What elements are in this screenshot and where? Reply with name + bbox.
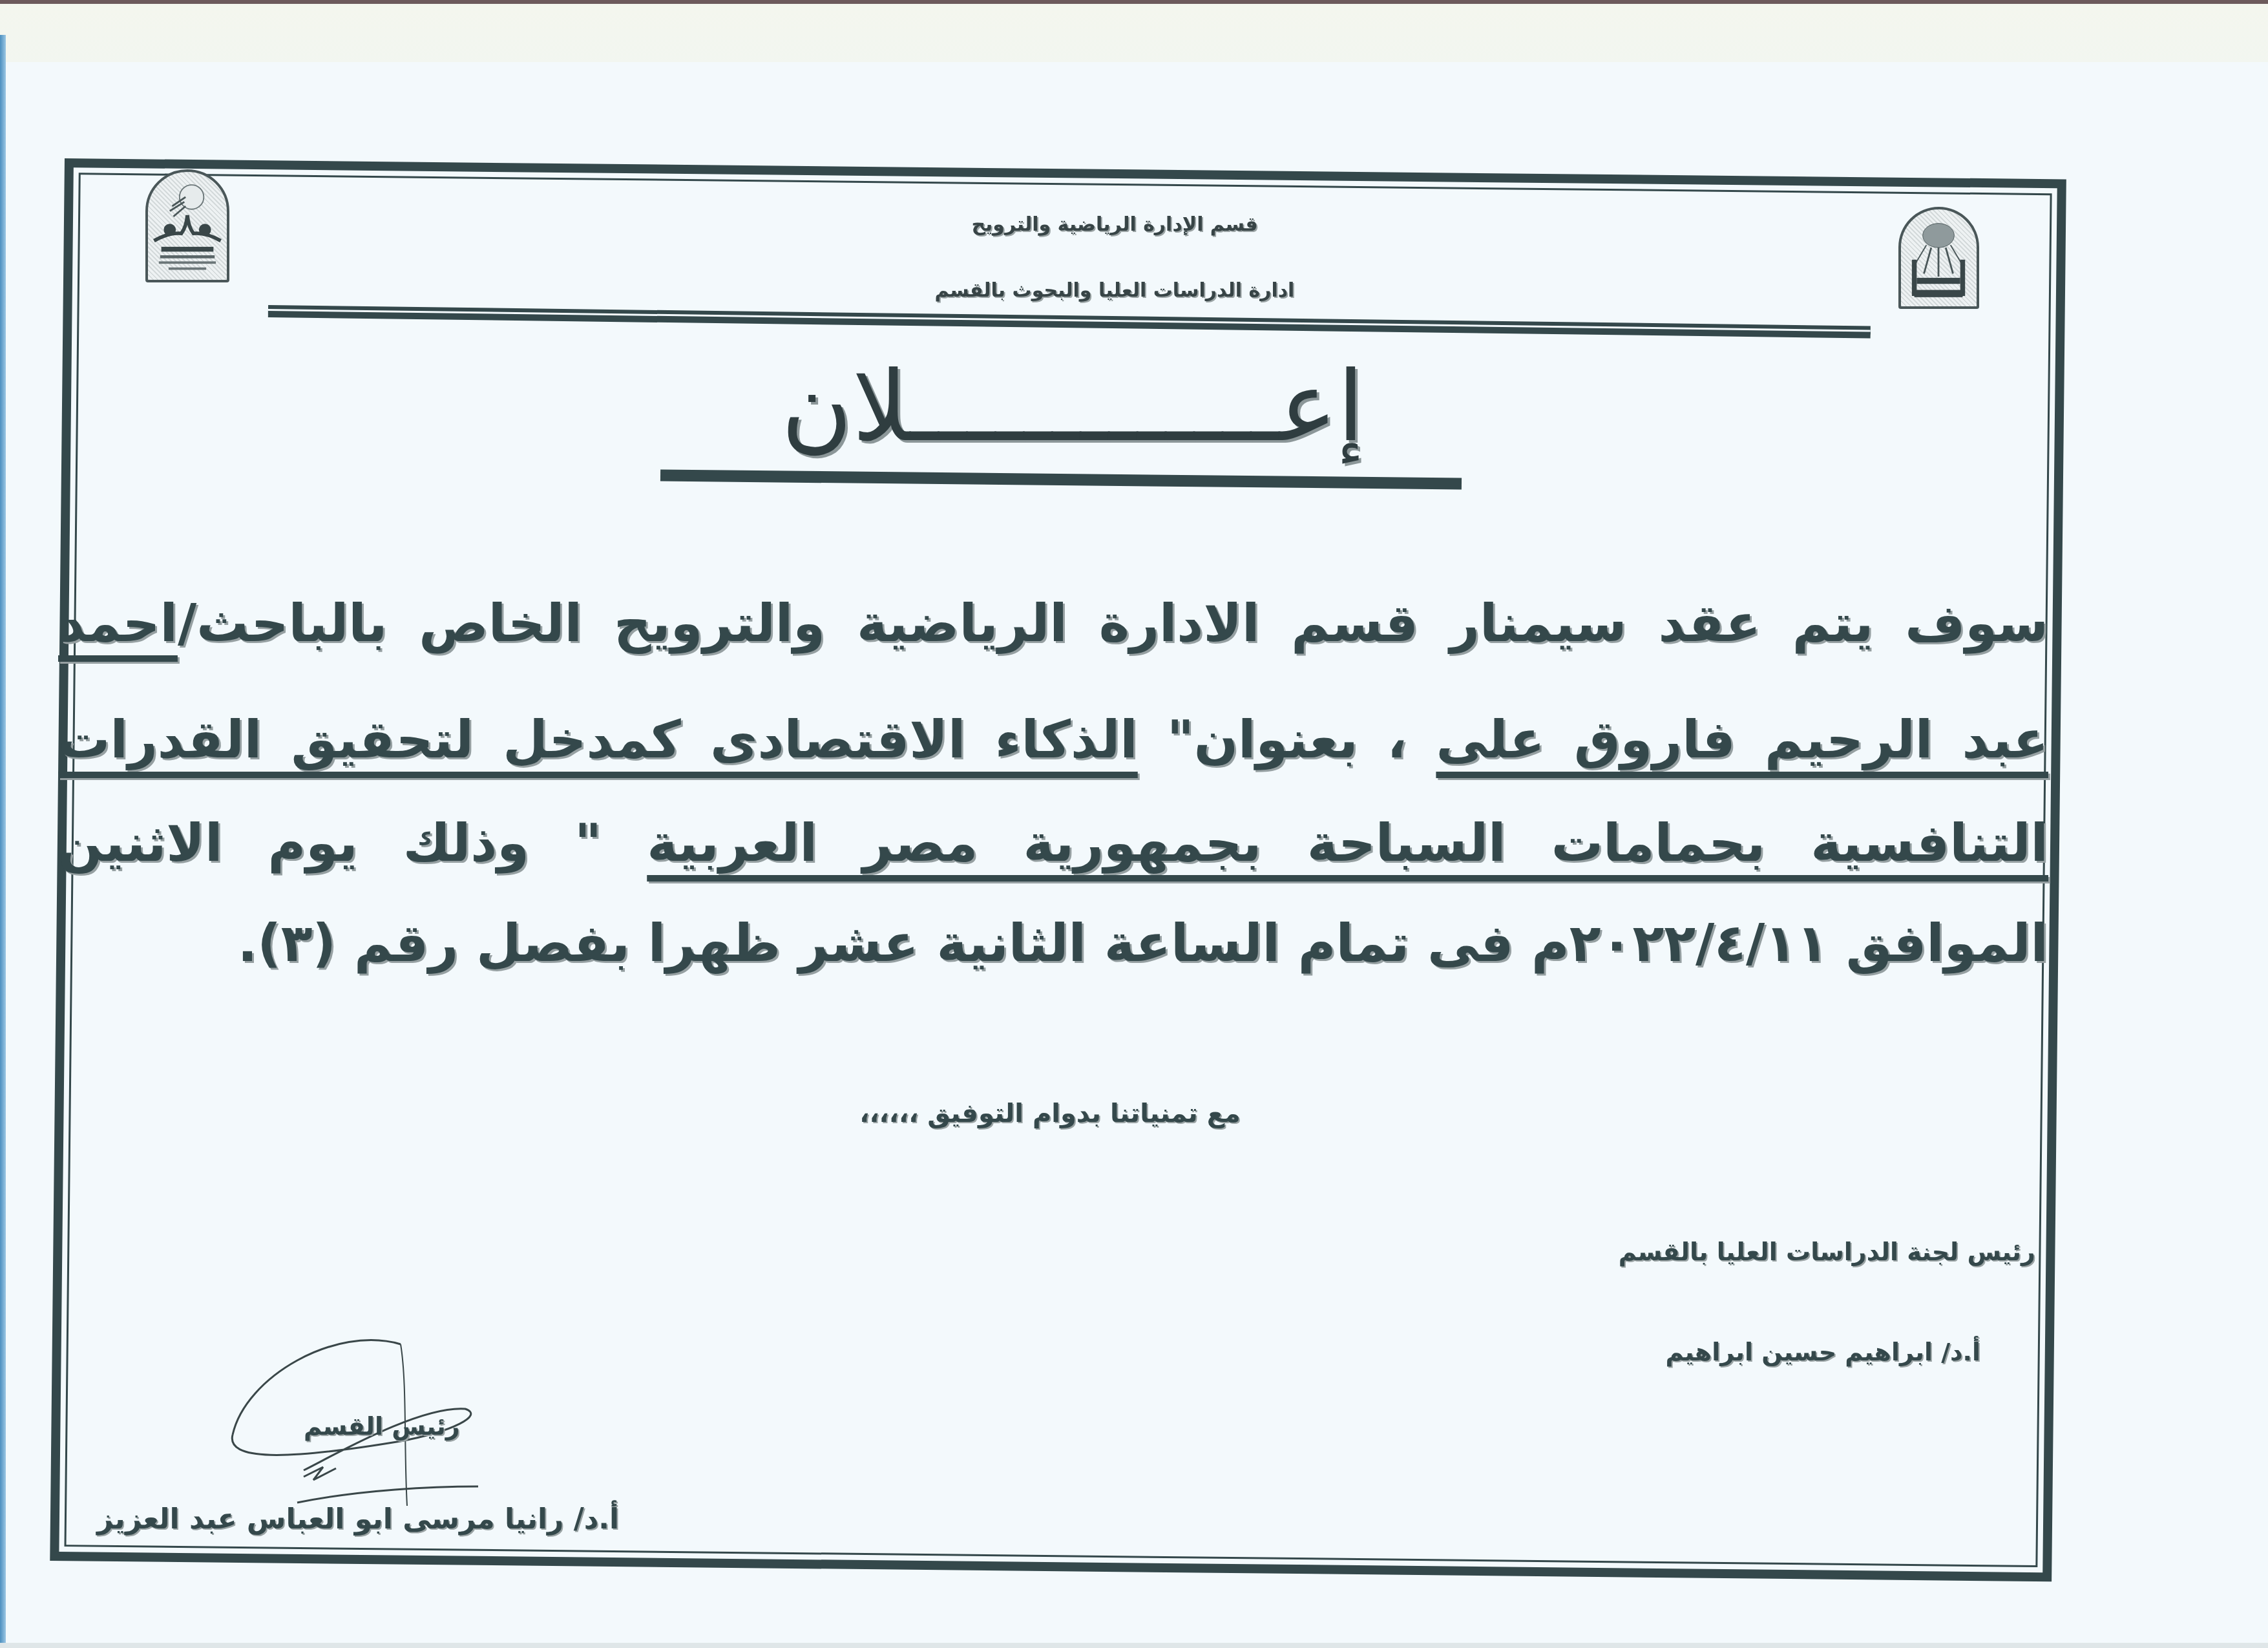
seminar-date-time-room: الموافق ٢٠٢٢/٤/١١م فى تمام الساعة الثاني… bbox=[238, 913, 2048, 973]
university-logo-icon bbox=[1898, 207, 1979, 309]
faculty-logo-icon bbox=[145, 169, 229, 282]
seminar-day: " وذلك يوم الاثنين bbox=[58, 813, 602, 873]
header-divider bbox=[268, 309, 1871, 338]
closing-wishes: مع تمنياتنا بدوام التوفيق ،،،،،، bbox=[775, 1099, 1325, 1128]
researcher-name-rest: عبد الرحيم فاروق على bbox=[1436, 710, 2048, 770]
body-line-2: عبد الرحيم فاروق على ، بعنوان" الذكاء ال… bbox=[58, 714, 2048, 766]
researcher-first-name: احمد bbox=[58, 593, 178, 653]
body-line-1-text: سوف يتم عقد سيمنار قسم الادارة الرياضية … bbox=[178, 593, 2048, 653]
body-line-3: التنافسية بحمامات السباحة بجمهورية مصر ا… bbox=[58, 818, 2048, 869]
university-logo-graphic bbox=[1901, 209, 1977, 306]
seminar-title-part-1: الذكاء الاقتصادى كمدخل لتحقيق القدرات bbox=[58, 710, 1138, 770]
seminar-title-part-2: التنافسية بحمامات السباحة بجمهورية مصر ا… bbox=[647, 813, 2048, 873]
department-head-title: رئيس القسم bbox=[304, 1412, 460, 1441]
faculty-logo-graphic bbox=[148, 172, 227, 280]
committee-head-title: رئيس لجنة الدراسات العليا بالقسم bbox=[1619, 1238, 2035, 1266]
body-line-1: سوف يتم عقد سيمنار قسم الادارة الرياضية … bbox=[58, 598, 2048, 650]
title-underline bbox=[660, 470, 1462, 490]
postgraduate-office-name: ادارة الدراسات العليا والبحوث بالقسم bbox=[727, 279, 1502, 302]
title-intro: ، بعنوان" bbox=[1167, 710, 1407, 770]
committee-head-name: أ.د/ ابراهيم حسين ابراهيم bbox=[1665, 1338, 1980, 1366]
department-head-name: أ.د/ رانيا مرسى ابو العباس عبد العزيز bbox=[97, 1503, 619, 1536]
body-line-4: الموافق ٢٠٢٢/٤/١١م فى تمام الساعة الثاني… bbox=[58, 918, 2048, 969]
department-name: قسم الإدارة الرياضية والترويح bbox=[727, 213, 1502, 236]
announcement-title: إعـــــــــــــلان bbox=[678, 359, 1467, 456]
announcement-document: قسم الإدارة الرياضية والترويح ادارة الدر… bbox=[0, 0, 2268, 1648]
